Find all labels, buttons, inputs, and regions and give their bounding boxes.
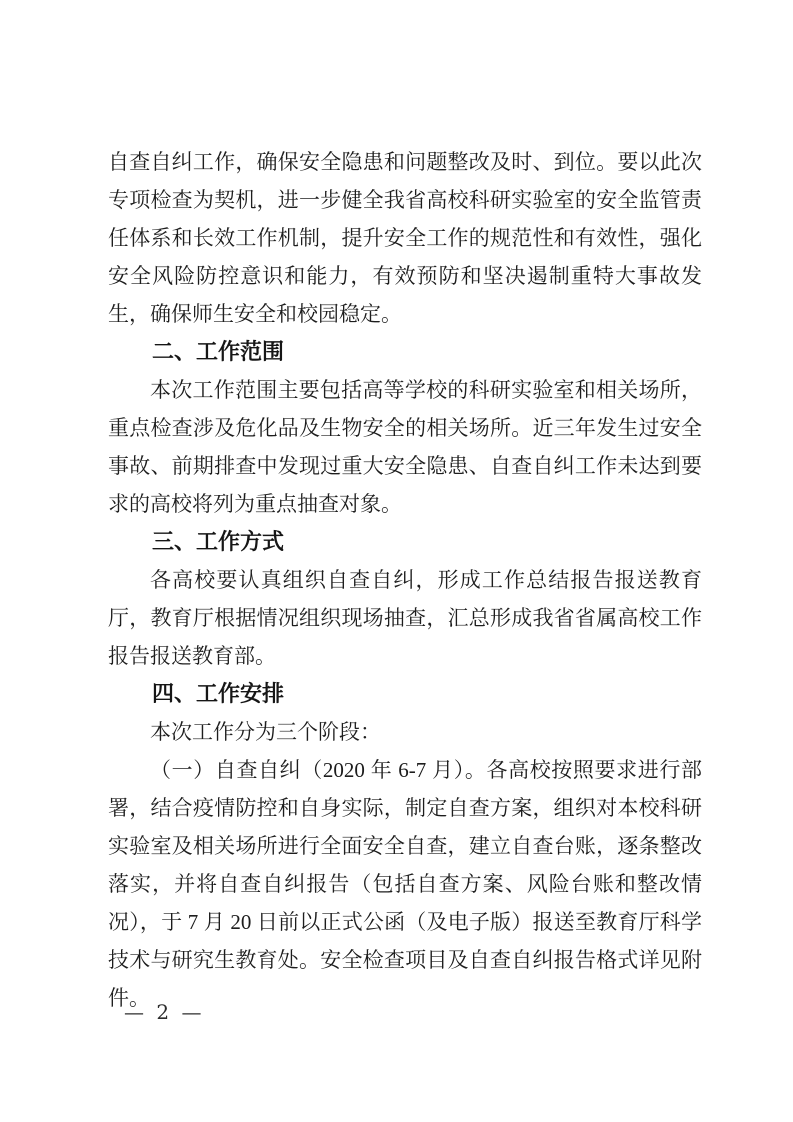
paragraph-work-scope: 本次工作范围主要包括高等学校的科研实验室和相关场所，重点检查涉及危化品及生物安全…: [108, 371, 702, 523]
paragraph-work-method: 各高校要认真组织自查自纠，形成工作总结报告报送教育厅，教育厅根据情况组织现场抽查…: [108, 561, 702, 675]
paragraph-continued: 自查自纠工作，确保安全隐患和问题整改及时、到位。要以此次专项检查为契机，进一步健…: [108, 143, 702, 333]
page-number: — 2 —: [124, 1000, 204, 1024]
document-page: 自查自纠工作，确保安全隐患和问题整改及时、到位。要以此次专项检查为契机，进一步健…: [0, 0, 793, 1122]
section-heading-work-arrangement: 四、工作安排: [108, 675, 702, 713]
section-heading-work-scope: 二、工作范围: [108, 333, 702, 371]
document-content: 自查自纠工作，确保安全隐患和问题整改及时、到位。要以此次专项检查为契机，进一步健…: [108, 143, 702, 1017]
paragraph-work-arrangement-intro: 本次工作分为三个阶段：: [108, 713, 702, 751]
paragraph-stage-one-self-inspection: （一）自查自纠（2020 年 6-7 月）。各高校按照要求进行部署，结合疫情防控…: [108, 751, 702, 1017]
section-heading-work-method: 三、工作方式: [108, 523, 702, 561]
